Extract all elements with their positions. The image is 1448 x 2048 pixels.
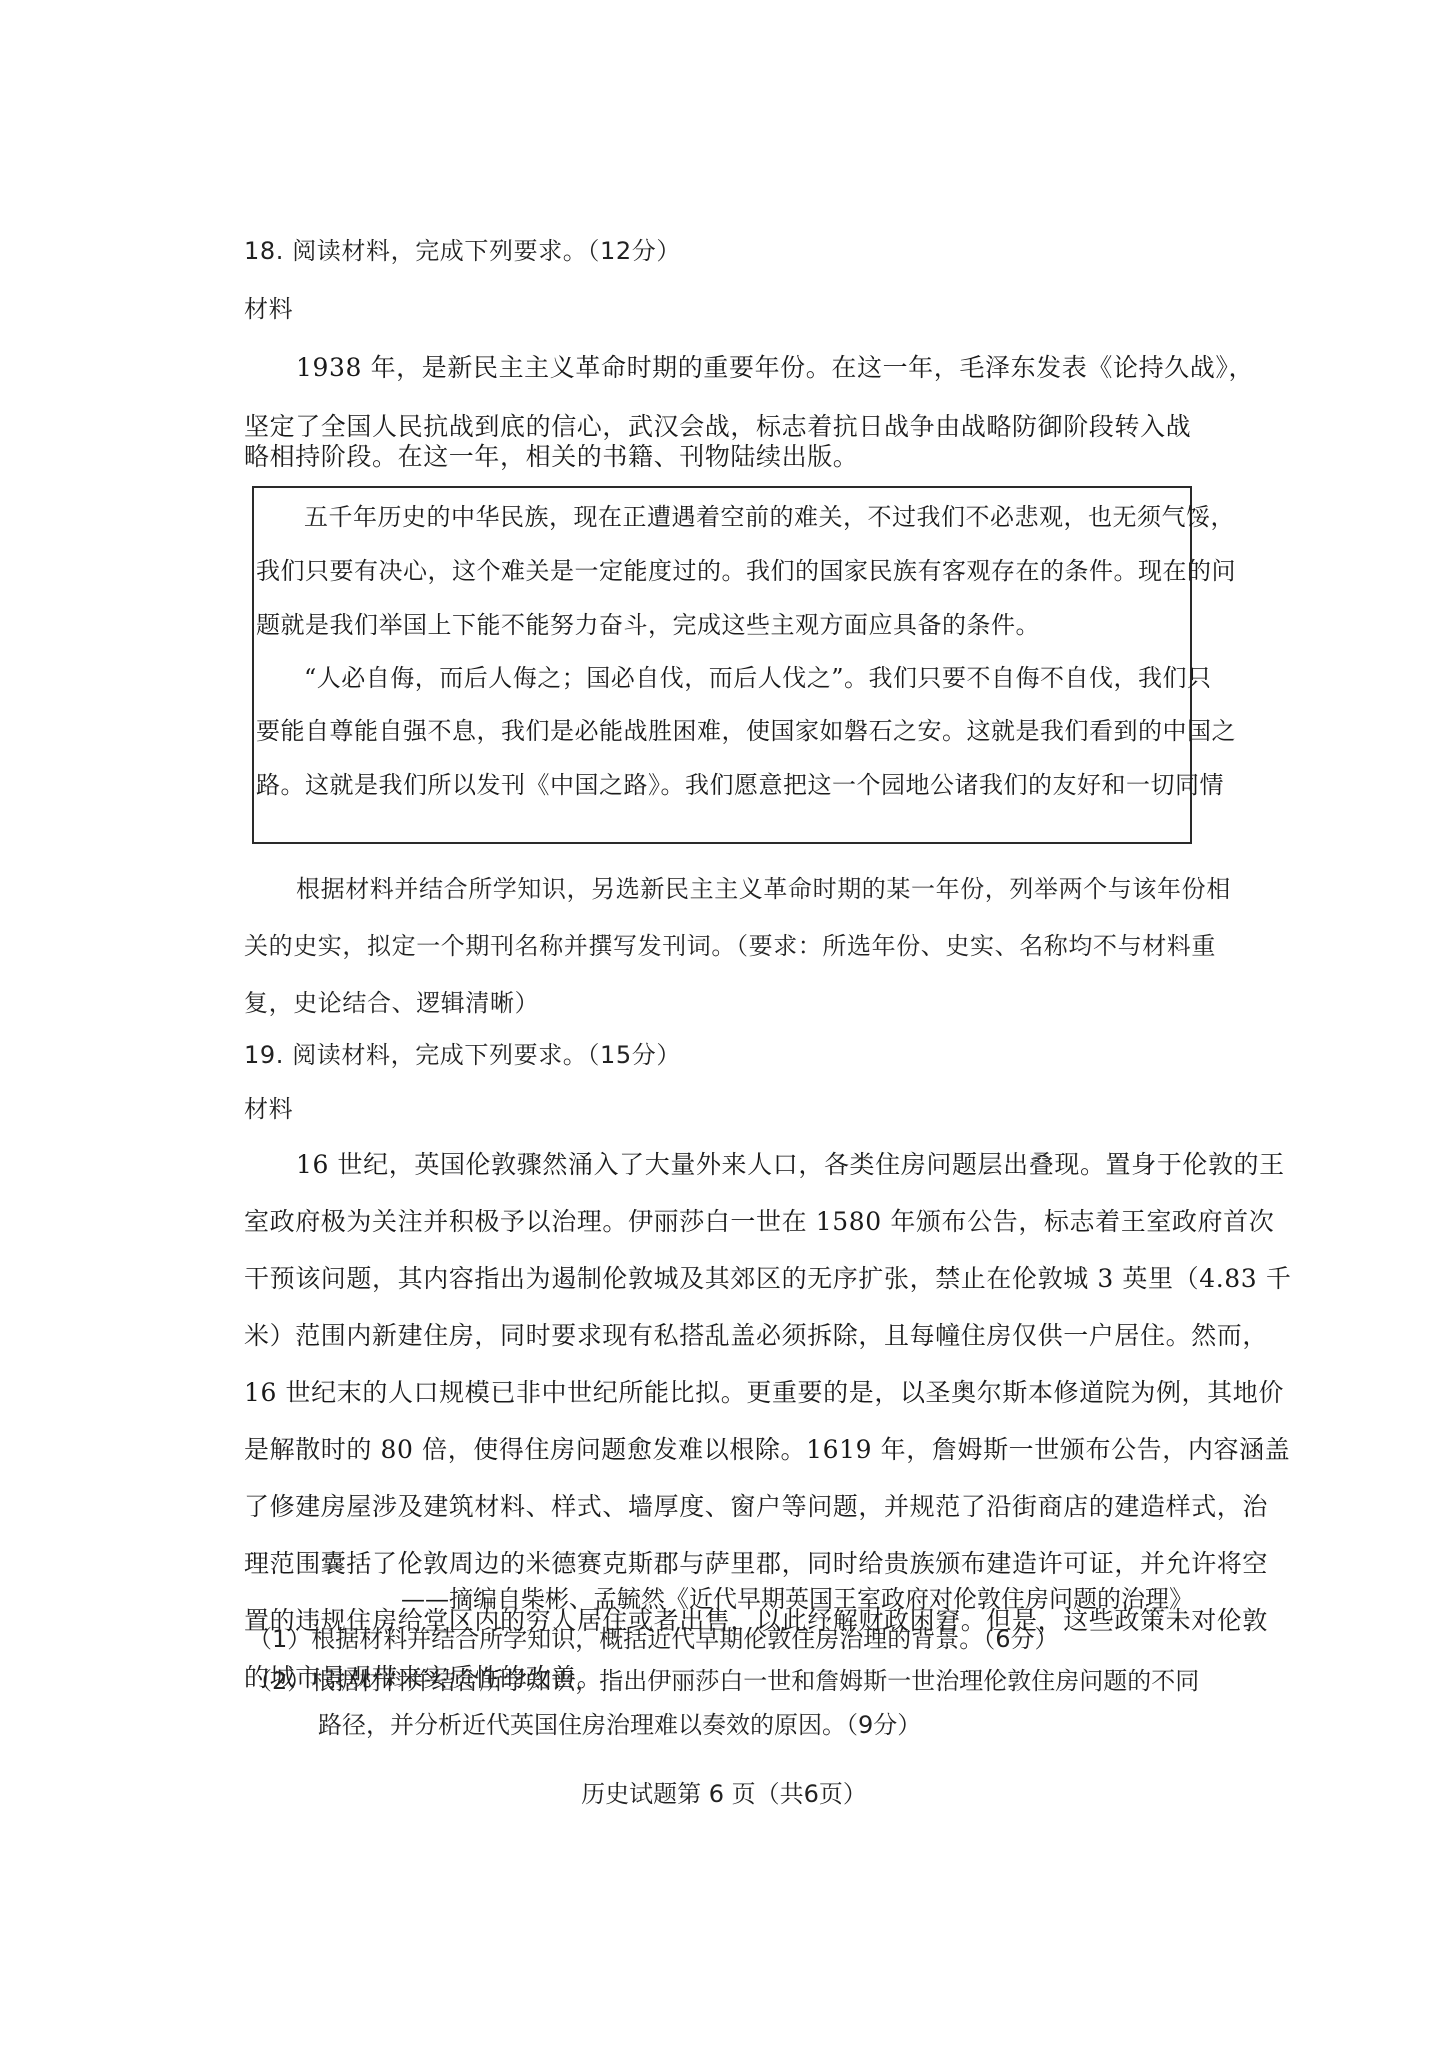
q18-intro-line: 1938 年，是新民主主义革命时期的重要年份。在这一年，毛泽东发表《论持久战》， <box>296 351 1256 385</box>
q19-material-line: 干预该问题，其内容指出为遏制伦敦城及其郊区的无序扩张，禁止在伦敦城 3 英里（4… <box>244 1262 1204 1296</box>
q19-heading: 19. 阅读材料，完成下列要求。（15分） <box>244 1038 1204 1072</box>
q19-subquestion-2-cont: 路径，并分析近代英国住房治理难以奏效的原因。（9分） <box>318 1708 921 1742</box>
q19-attribution: ——摘编自柴彬、孟毓然《近代早期英国王室政府对伦敦住房问题的治理》 <box>401 1582 1193 1616</box>
q18-heading: 18. 阅读材料，完成下列要求。（12分） <box>244 234 1204 268</box>
q19-material-line: 理范围囊括了伦敦周边的米德赛克斯郡与萨里郡，同时给贵族颁布建造许可证，并允许将空 <box>244 1547 1204 1581</box>
q18-task-line: 复，史论结合、逻辑清晰） <box>244 986 1204 1020</box>
q18-intro-line: 略相持阶段。在这一年，相关的书籍、刊物陆续出版。 <box>244 440 1204 474</box>
q19-subquestion-2: （2）根据材料并结合所学知识，指出伊丽莎白一世和詹姆斯一世治理伦敦住房问题的不同 <box>248 1664 1199 1698</box>
box-line: 我们只要有决心，这个难关是一定能度过的。我们的国家民族有客观存在的条件。现在的问 <box>256 554 1186 588</box>
q19-material-line: 16 世纪，英国伦敦骤然涌入了大量外来人口，各类住房问题层出叠现。置身于伦敦的王 <box>296 1148 1256 1182</box>
q19-material-line: 是解散时的 80 倍，使得住房问题愈发难以根除。1619 年，詹姆斯一世颁布公告… <box>244 1433 1204 1467</box>
box-line: 路。这就是我们所以发刊《中国之路》。我们愿意把这一个园地公诸我们的友好和一切同情 <box>256 768 1186 802</box>
q19-subquestion-1: （1）根据材料并结合所学知识，概括近代早期伦敦住房治理的背景。（6分） <box>248 1622 1059 1656</box>
q18-material-label: 材料 <box>244 292 1204 326</box>
q19-material-line: 室政府极为关注并积极予以治理。伊丽莎白一世在 1580 年颁布公告，标志着王室政… <box>244 1205 1204 1239</box>
q18-task-line: 关的史实，拟定一个期刊名称并撰写发刊词。（要求：所选年份、史实、名称均不与材料重 <box>244 929 1204 963</box>
box-line: 要能自尊能自强不息，我们是必能战胜困难，使国家如磐石之安。这就是我们看到的中国之 <box>256 714 1186 748</box>
q19-material-line: 了修建房屋涉及建筑材料、样式、墙厚度、窗户等问题，并规范了沿街商店的建造样式，治 <box>244 1490 1204 1524</box>
q19-material-line: 16 世纪末的人口规模已非中世纪所能比拟。更重要的是，以圣奥尔斯本修道院为例，其… <box>244 1376 1204 1410</box>
q18-task-line: 根据材料并结合所学知识，另选新民主主义革命时期的某一年份，列举两个与该年份相 <box>296 872 1256 906</box>
box-line: 五千年历史的中华民族，现在正遭遇着空前的难关，不过我们不必悲观，也无须气馁， <box>304 500 1234 534</box>
page-footer: 历史试题第 6 页（共6页） <box>0 1777 1448 1811</box>
exam-page: 18. 阅读材料，完成下列要求。（12分） 材料 1938 年，是新民主主义革命… <box>0 0 1448 2048</box>
box-line: 题就是我们举国上下能不能努力奋斗，完成这些主观方面应具备的条件。 <box>256 608 1186 642</box>
box-line: “人必自侮，而后人侮之；国必自伐，而后人伐之”。我们只要不自侮不自伐，我们只 <box>304 661 1234 695</box>
q19-material-line: 米）范围内新建住房，同时要求现有私搭乱盖必须拆除，且每幢住房仅供一户居住。然而， <box>244 1319 1204 1353</box>
q18-intro-line: 坚定了全国人民抗战到底的信心，武汉会战，标志着抗日战争由战略防御阶段转入战 <box>244 410 1204 444</box>
q19-material-label: 材料 <box>244 1092 1204 1126</box>
